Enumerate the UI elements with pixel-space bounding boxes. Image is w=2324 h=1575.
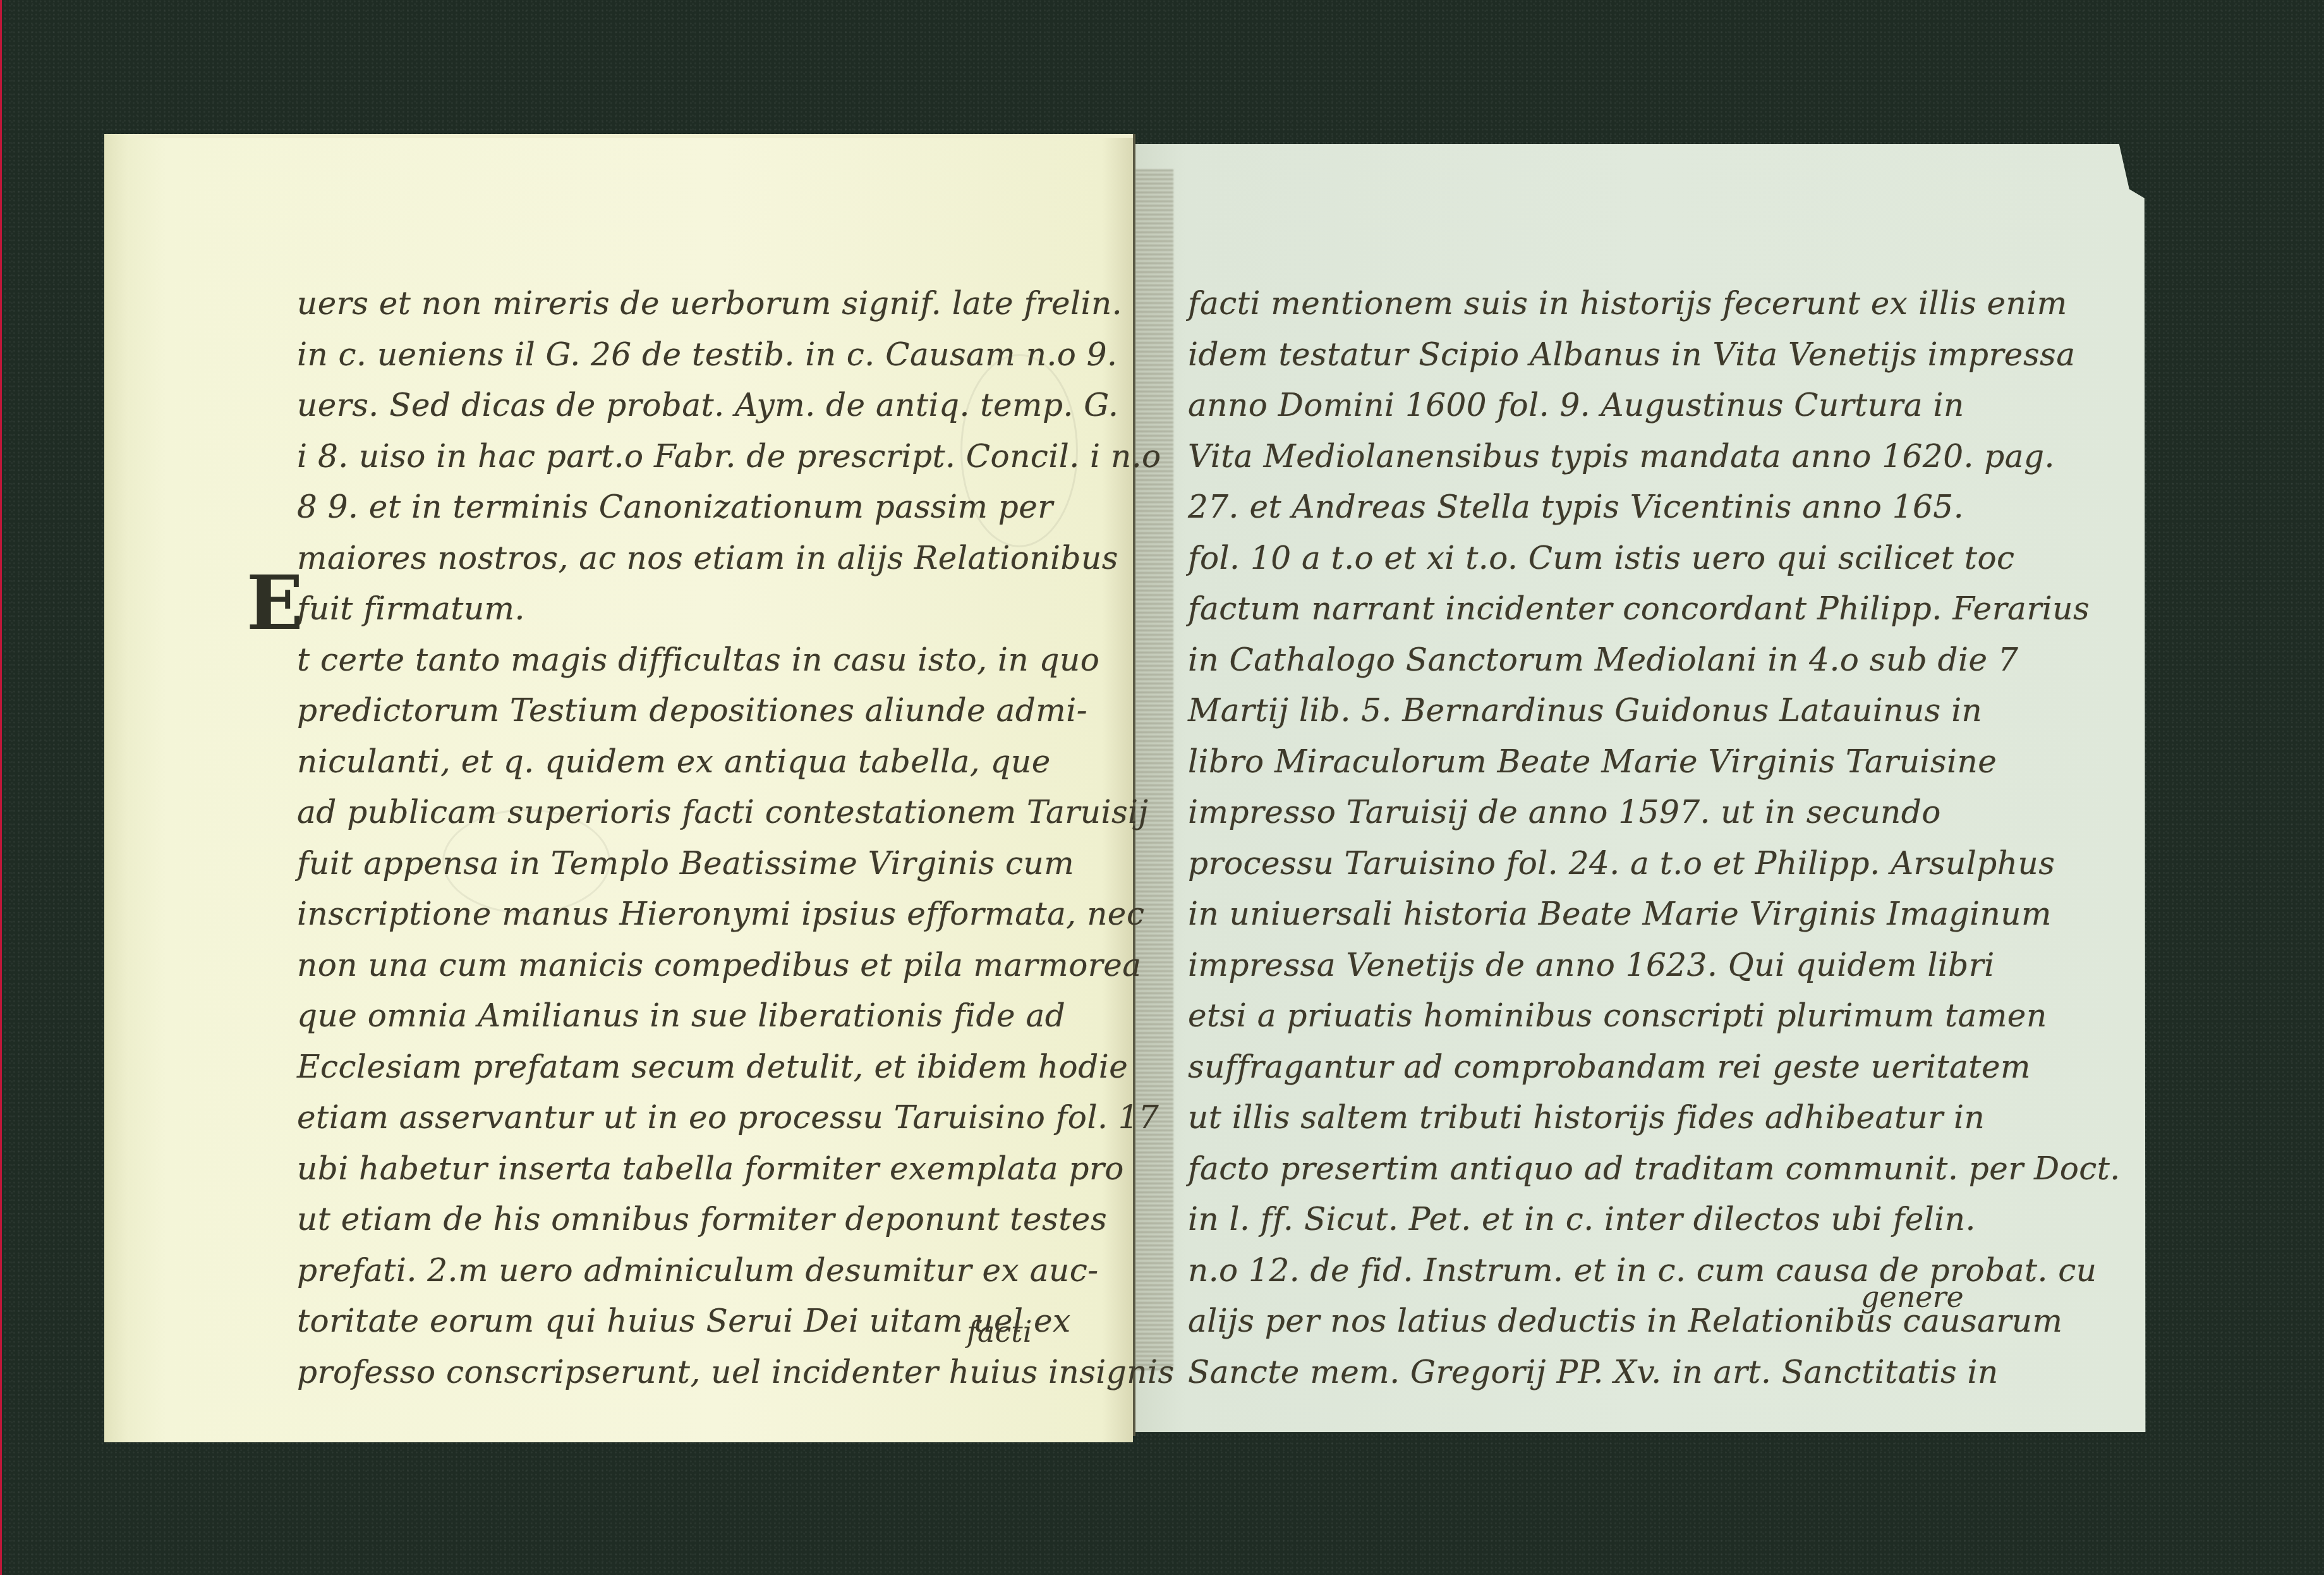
text-line: impresso Taruisij de anno 1597. ut in se… — [1188, 787, 1984, 838]
text-line: factum narrant incidenter concordant Phi… — [1188, 583, 1984, 635]
text-line: predictorum Testium depositiones aliunde… — [297, 685, 1118, 736]
text-line: i 8. uiso in hac part.o Fabr. de prescri… — [297, 431, 1118, 482]
left-page-edge — [104, 134, 130, 1442]
drop-cap-initial: E — [246, 566, 303, 640]
text-line: fuit appensa in Templo Beatissime Virgin… — [297, 838, 1118, 889]
text-line: processu Taruisino fol. 24. a t.o et Phi… — [1188, 838, 1984, 889]
right-page-text: facti mentionem suis in historijs feceru… — [1188, 278, 1984, 1397]
catchword: facti — [967, 1315, 1032, 1349]
text-line: professo conscripserunt, uel incidenter … — [297, 1347, 1118, 1398]
left-page-text: uers et non mireris de uerborum signif. … — [297, 278, 1118, 1397]
text-line: non una cum manicis compedibus et pila m… — [297, 940, 1118, 991]
text-line: que omnia Amilianus in sue liberationis … — [297, 990, 1118, 1042]
gutter-stain — [1135, 169, 1173, 1370]
text-line: in l. ff. Sicut. Pet. et in c. inter dil… — [1188, 1194, 1984, 1245]
text-line: suffragantur ad comprobandam rei geste u… — [1188, 1042, 1984, 1093]
text-line: etiam asservantur ut in eo processu Taru… — [297, 1092, 1118, 1143]
text-line: niculanti, et q. quidem ex antiqua tabel… — [297, 736, 1118, 787]
text-line: Sancte mem. Gregorij PP. Xv. in art. San… — [1188, 1347, 1984, 1398]
text-line: idem testatur Scipio Albanus in Vita Ven… — [1188, 329, 1984, 380]
text-line: inscriptione manus Hieronymi ipsius effo… — [297, 889, 1118, 940]
text-line: ut illis saltem tributi historijs fides … — [1188, 1092, 1984, 1143]
text-line: fuit firmatum. — [297, 583, 1118, 635]
text-line: facto presertim antiquo ad traditam comm… — [1188, 1143, 1984, 1195]
text-line: maiores nostros, ac nos etiam in alijs R… — [297, 533, 1118, 584]
text-line: Ecclesiam prefatam secum detulit, et ibi… — [297, 1042, 1118, 1093]
text-line: 8 9. et in terminis Canonizationum passi… — [297, 482, 1118, 533]
text-line: libro Miraculorum Beate Marie Virginis T… — [1188, 736, 1984, 787]
text-line: etsi a priuatis hominibus conscripti plu… — [1188, 990, 1984, 1042]
text-line: in c. ueniens il G. 26 de testib. in c. … — [297, 329, 1118, 380]
text-line: ubi habetur inserta tabella formiter exe… — [297, 1143, 1118, 1195]
text-line: fol. 10 a t.o et xi t.o. Cum istis uero … — [1188, 533, 1984, 584]
text-line: 27. et Andreas Stella typis Vicentinis a… — [1188, 482, 1984, 533]
text-line: ad publicam superioris facti contestatio… — [297, 787, 1118, 838]
text-line: uers. Sed dicas de probat. Aym. de antiq… — [297, 380, 1118, 431]
book-gutter — [1133, 134, 1135, 1436]
text-line: Martij lib. 5. Bernardinus Guidonus Lata… — [1188, 685, 1984, 736]
catchword: genere — [1861, 1280, 1964, 1314]
text-line: Vita Mediolanensibus typis mandata anno … — [1188, 431, 1984, 482]
text-line: anno Domini 1600 fol. 9. Augustinus Curt… — [1188, 380, 1984, 431]
text-line: facti mentionem suis in historijs feceru… — [1188, 278, 1984, 329]
red-edge-strip — [0, 0, 2, 1575]
text-line: prefati. 2.m uero adminiculum desumitur … — [297, 1245, 1118, 1296]
text-line: t certe tanto magis difficultas in casu … — [297, 635, 1118, 686]
text-line: ut etiam de his omnibus formiter deponun… — [297, 1194, 1118, 1245]
text-line: in Cathalogo Sanctorum Mediolani in 4.o … — [1188, 635, 1984, 686]
text-line: uers et non mireris de uerborum signif. … — [297, 278, 1118, 329]
text-line: impressa Venetijs de anno 1623. Qui quid… — [1188, 940, 1984, 991]
text-line: in uniuersali historia Beate Marie Virgi… — [1188, 889, 1984, 940]
